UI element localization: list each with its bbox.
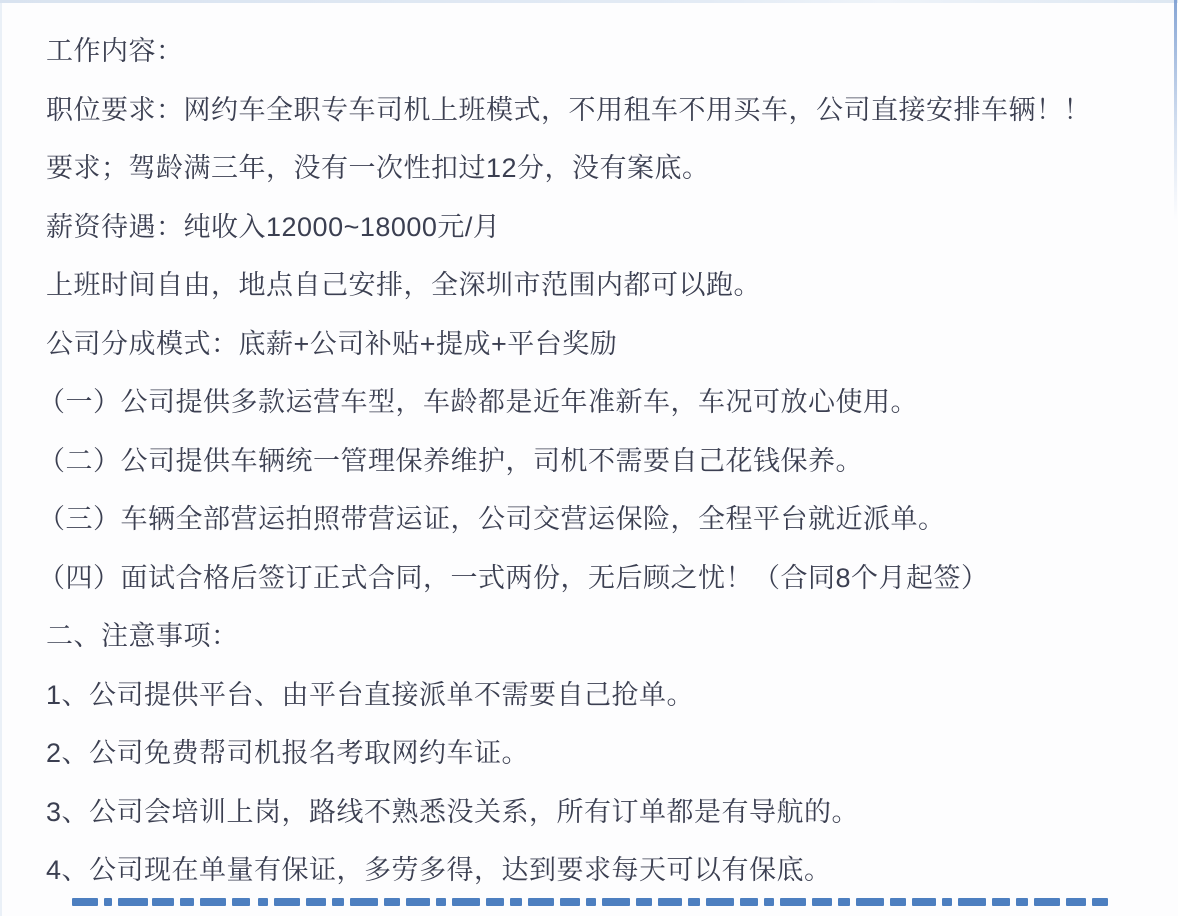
line-note-4: 4、公司现在单量有保证，多劳多得，达到要求每天可以有保底。	[46, 841, 1148, 900]
line-position-requirements: 职位要求：网约车全职专车司机上班模式，不用租车不用买车，公司直接安排车辆！！	[46, 81, 1148, 140]
cutoff-glyph-top	[332, 898, 344, 906]
cutoff-glyph-top	[306, 898, 326, 906]
job-posting-page: 工作内容： 职位要求：网约车全职专车司机上班模式，不用租车不用买车，公司直接安排…	[0, 0, 1178, 916]
cutoff-glyph-top	[560, 898, 580, 906]
cutoff-glyph-top	[602, 898, 630, 906]
line-item-2: （二）公司提供车辆统一管理保养维护，司机不需要自己花钱保养。	[38, 432, 1148, 491]
top-border	[0, 0, 1178, 3]
cutoff-glyph-top	[152, 898, 174, 906]
cutoff-glyph-top	[274, 898, 300, 906]
cutoff-glyph-top	[838, 898, 850, 906]
cutoff-glyph-top	[384, 898, 400, 906]
line-job-content-heading: 工作内容：	[46, 22, 1148, 81]
cutoff-text-row	[0, 898, 1178, 906]
line-commission-model: 公司分成模式：底薪+公司补贴+提成+平台奖励	[46, 315, 1148, 374]
line-item-3: （三）车辆全部营运拍照带营运证，公司交营运保险，全程平台就近派单。	[38, 490, 1148, 549]
cutoff-glyph-top	[658, 898, 682, 906]
cutoff-glyph-top	[200, 898, 226, 906]
line-work-hours: 上班时间自由，地点自己安排，全深圳市范围内都可以跑。	[46, 256, 1148, 315]
cutoff-glyph-top	[104, 898, 112, 906]
cutoff-glyph-top	[436, 898, 446, 906]
cutoff-glyph-top	[942, 898, 952, 906]
job-description-text: 工作内容： 职位要求：网约车全职专车司机上班模式，不用租车不用买车，公司直接安排…	[46, 22, 1148, 900]
line-note-1: 1、公司提供平台、由平台直接派单不需要自己抢单。	[46, 666, 1148, 725]
cutoff-glyph-top	[1092, 898, 1108, 906]
cutoff-glyph-top	[258, 898, 268, 906]
cutoff-glyph-top	[812, 898, 832, 906]
cutoff-glyph-top	[890, 898, 906, 906]
cutoff-glyph-top	[856, 898, 884, 906]
line-item-1: （一）公司提供多款运营车型，车龄都是近年准新车，车况可放心使用。	[38, 373, 1148, 432]
cutoff-glyph-top	[740, 898, 758, 906]
cutoff-glyph-top	[764, 898, 774, 906]
cutoff-glyph-top	[180, 898, 194, 906]
line-salary: 薪资待遇：纯收入12000~18000元/月	[46, 198, 1148, 257]
line-note-3: 3、公司会培训上岗，路线不熟悉没关系，所有订单都是有导航的。	[46, 783, 1148, 842]
cutoff-glyph-top	[958, 898, 986, 906]
cutoff-glyph-top	[528, 898, 554, 906]
cutoff-glyph-top	[452, 898, 480, 906]
cutoff-glyph-top	[1066, 898, 1086, 906]
cutoff-glyph-top	[232, 898, 250, 906]
right-border	[1174, 0, 1177, 220]
line-driver-requirements: 要求；驾龄满三年，没有一次性扣过12分，没有案底。	[46, 139, 1148, 198]
cutoff-glyph-top	[706, 898, 734, 906]
cutoff-glyph-top	[992, 898, 1010, 906]
cutoff-glyph-top	[118, 898, 148, 906]
cutoff-glyph-top	[350, 898, 378, 906]
cutoff-glyph-top	[406, 898, 430, 906]
cutoff-glyph-top	[510, 898, 522, 906]
line-note-2: 2、公司免费帮司机报名考取网约车证。	[46, 724, 1148, 783]
cutoff-glyph-top	[1016, 898, 1028, 906]
cutoff-glyph-top	[780, 898, 806, 906]
cutoff-glyph-top	[1034, 898, 1060, 906]
line-notes-heading: 二、注意事项：	[46, 607, 1148, 666]
line-item-4: （四）面试合格后签订正式合同，一式两份，无后顾之忧！（合同8个月起签）	[38, 549, 1148, 608]
cutoff-glyph-top	[912, 898, 936, 906]
cutoff-glyph-top	[72, 898, 98, 906]
cutoff-glyph-top	[486, 898, 504, 906]
left-border	[0, 3, 2, 916]
cutoff-glyph-top	[586, 898, 596, 906]
cutoff-glyph-top	[636, 898, 652, 906]
cutoff-glyph-top	[688, 898, 700, 906]
